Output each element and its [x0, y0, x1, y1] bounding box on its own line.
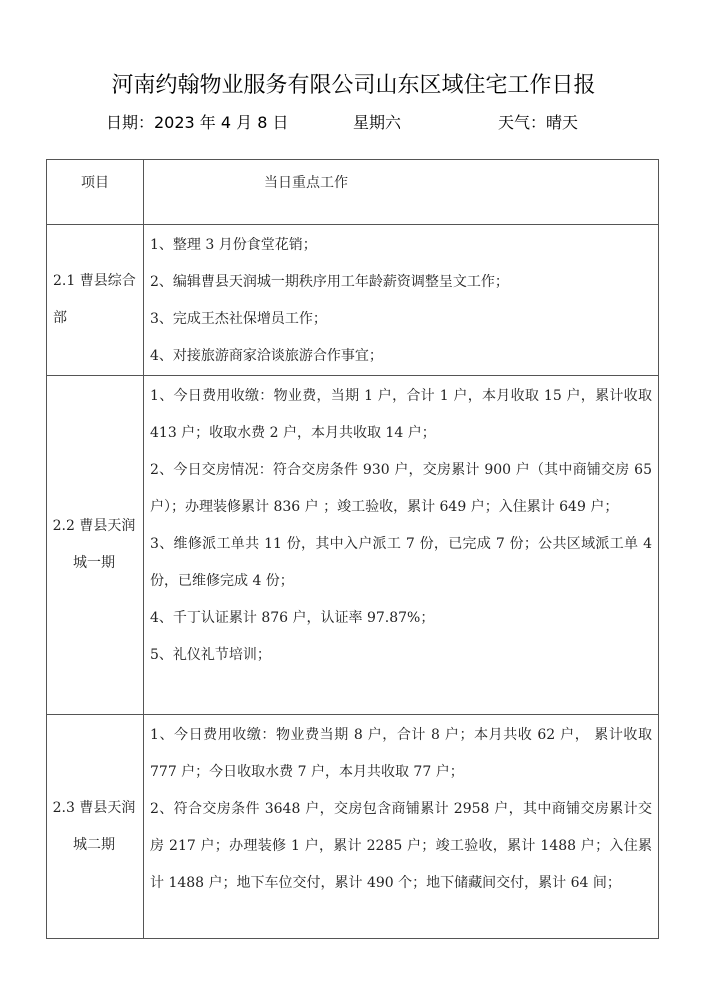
work-line: 5、礼仪礼节培训；	[150, 637, 652, 674]
table-header-row: 项目 当日重点工作	[47, 160, 659, 225]
daily-report-table: 项目 当日重点工作 2.1 曹县综合部 1、整理 3 月份食堂花销； 2、编辑曹…	[46, 159, 659, 939]
column-header-work: 当日重点工作	[144, 160, 659, 225]
work-line: 2、编辑曹县天润城一期秩序用工年龄薪资调整呈文工作；	[150, 264, 652, 301]
work-line: 1、今日费用收缴：物业费当期 8 户，合计 8 户；本月共收 62 户， 累计收…	[150, 717, 652, 791]
report-weekday: 星期六	[353, 110, 401, 133]
row-work-content: 1、今日费用收缴：物业费当期 8 户，合计 8 户；本月共收 62 户， 累计收…	[144, 715, 659, 939]
column-header-item: 项目	[47, 160, 144, 225]
report-date: 日期：2023 年 4 月 8 日	[106, 110, 289, 133]
report-title: 河南约翰物业服务有限公司山东区域住宅工作日报	[0, 68, 707, 99]
row-work-content: 1、整理 3 月份食堂花销； 2、编辑曹县天润城一期秩序用工年龄薪资调整呈文工作…	[144, 225, 659, 376]
row-item-label: 2.2 曹县天润城一期	[47, 376, 144, 715]
row-item-label: 2.1 曹县综合部	[47, 225, 144, 376]
row-work-content: 1、今日费用收缴：物业费，当期 1 户，合计 1 户，本月收取 15 户，累计收…	[144, 376, 659, 715]
work-line: 1、整理 3 月份食堂花销；	[150, 227, 652, 264]
work-line: 1、今日费用收缴：物业费，当期 1 户，合计 1 户，本月收取 15 户，累计收…	[150, 378, 652, 452]
table-row: 2.2 曹县天润城一期 1、今日费用收缴：物业费，当期 1 户，合计 1 户，本…	[47, 376, 659, 715]
table-row: 2.1 曹县综合部 1、整理 3 月份食堂花销； 2、编辑曹县天润城一期秩序用工…	[47, 225, 659, 376]
work-line: 4、千丁认证累计 876 户，认证率 97.87%；	[150, 600, 652, 637]
report-weather: 天气：晴天	[498, 110, 578, 133]
work-line: 3、维修派工单共 11 份，其中入户派工 7 份，已完成 7 份；公共区域派工单…	[150, 526, 652, 600]
work-line: 2、今日交房情况：符合交房条件 930 户，交房累计 900 户（其中商铺交房 …	[150, 452, 652, 526]
row-item-label: 2.3 曹县天润城二期	[47, 715, 144, 939]
work-line: 3、完成王杰社保增员工作；	[150, 301, 652, 338]
work-line: 2、符合交房条件 3648 户，交房包含商铺累计 2958 户，其中商铺交房累计…	[150, 791, 652, 902]
table-row: 2.3 曹县天润城二期 1、今日费用收缴：物业费当期 8 户，合计 8 户；本月…	[47, 715, 659, 939]
work-line: 4、对接旅游商家洽谈旅游合作事宜；	[150, 338, 652, 375]
